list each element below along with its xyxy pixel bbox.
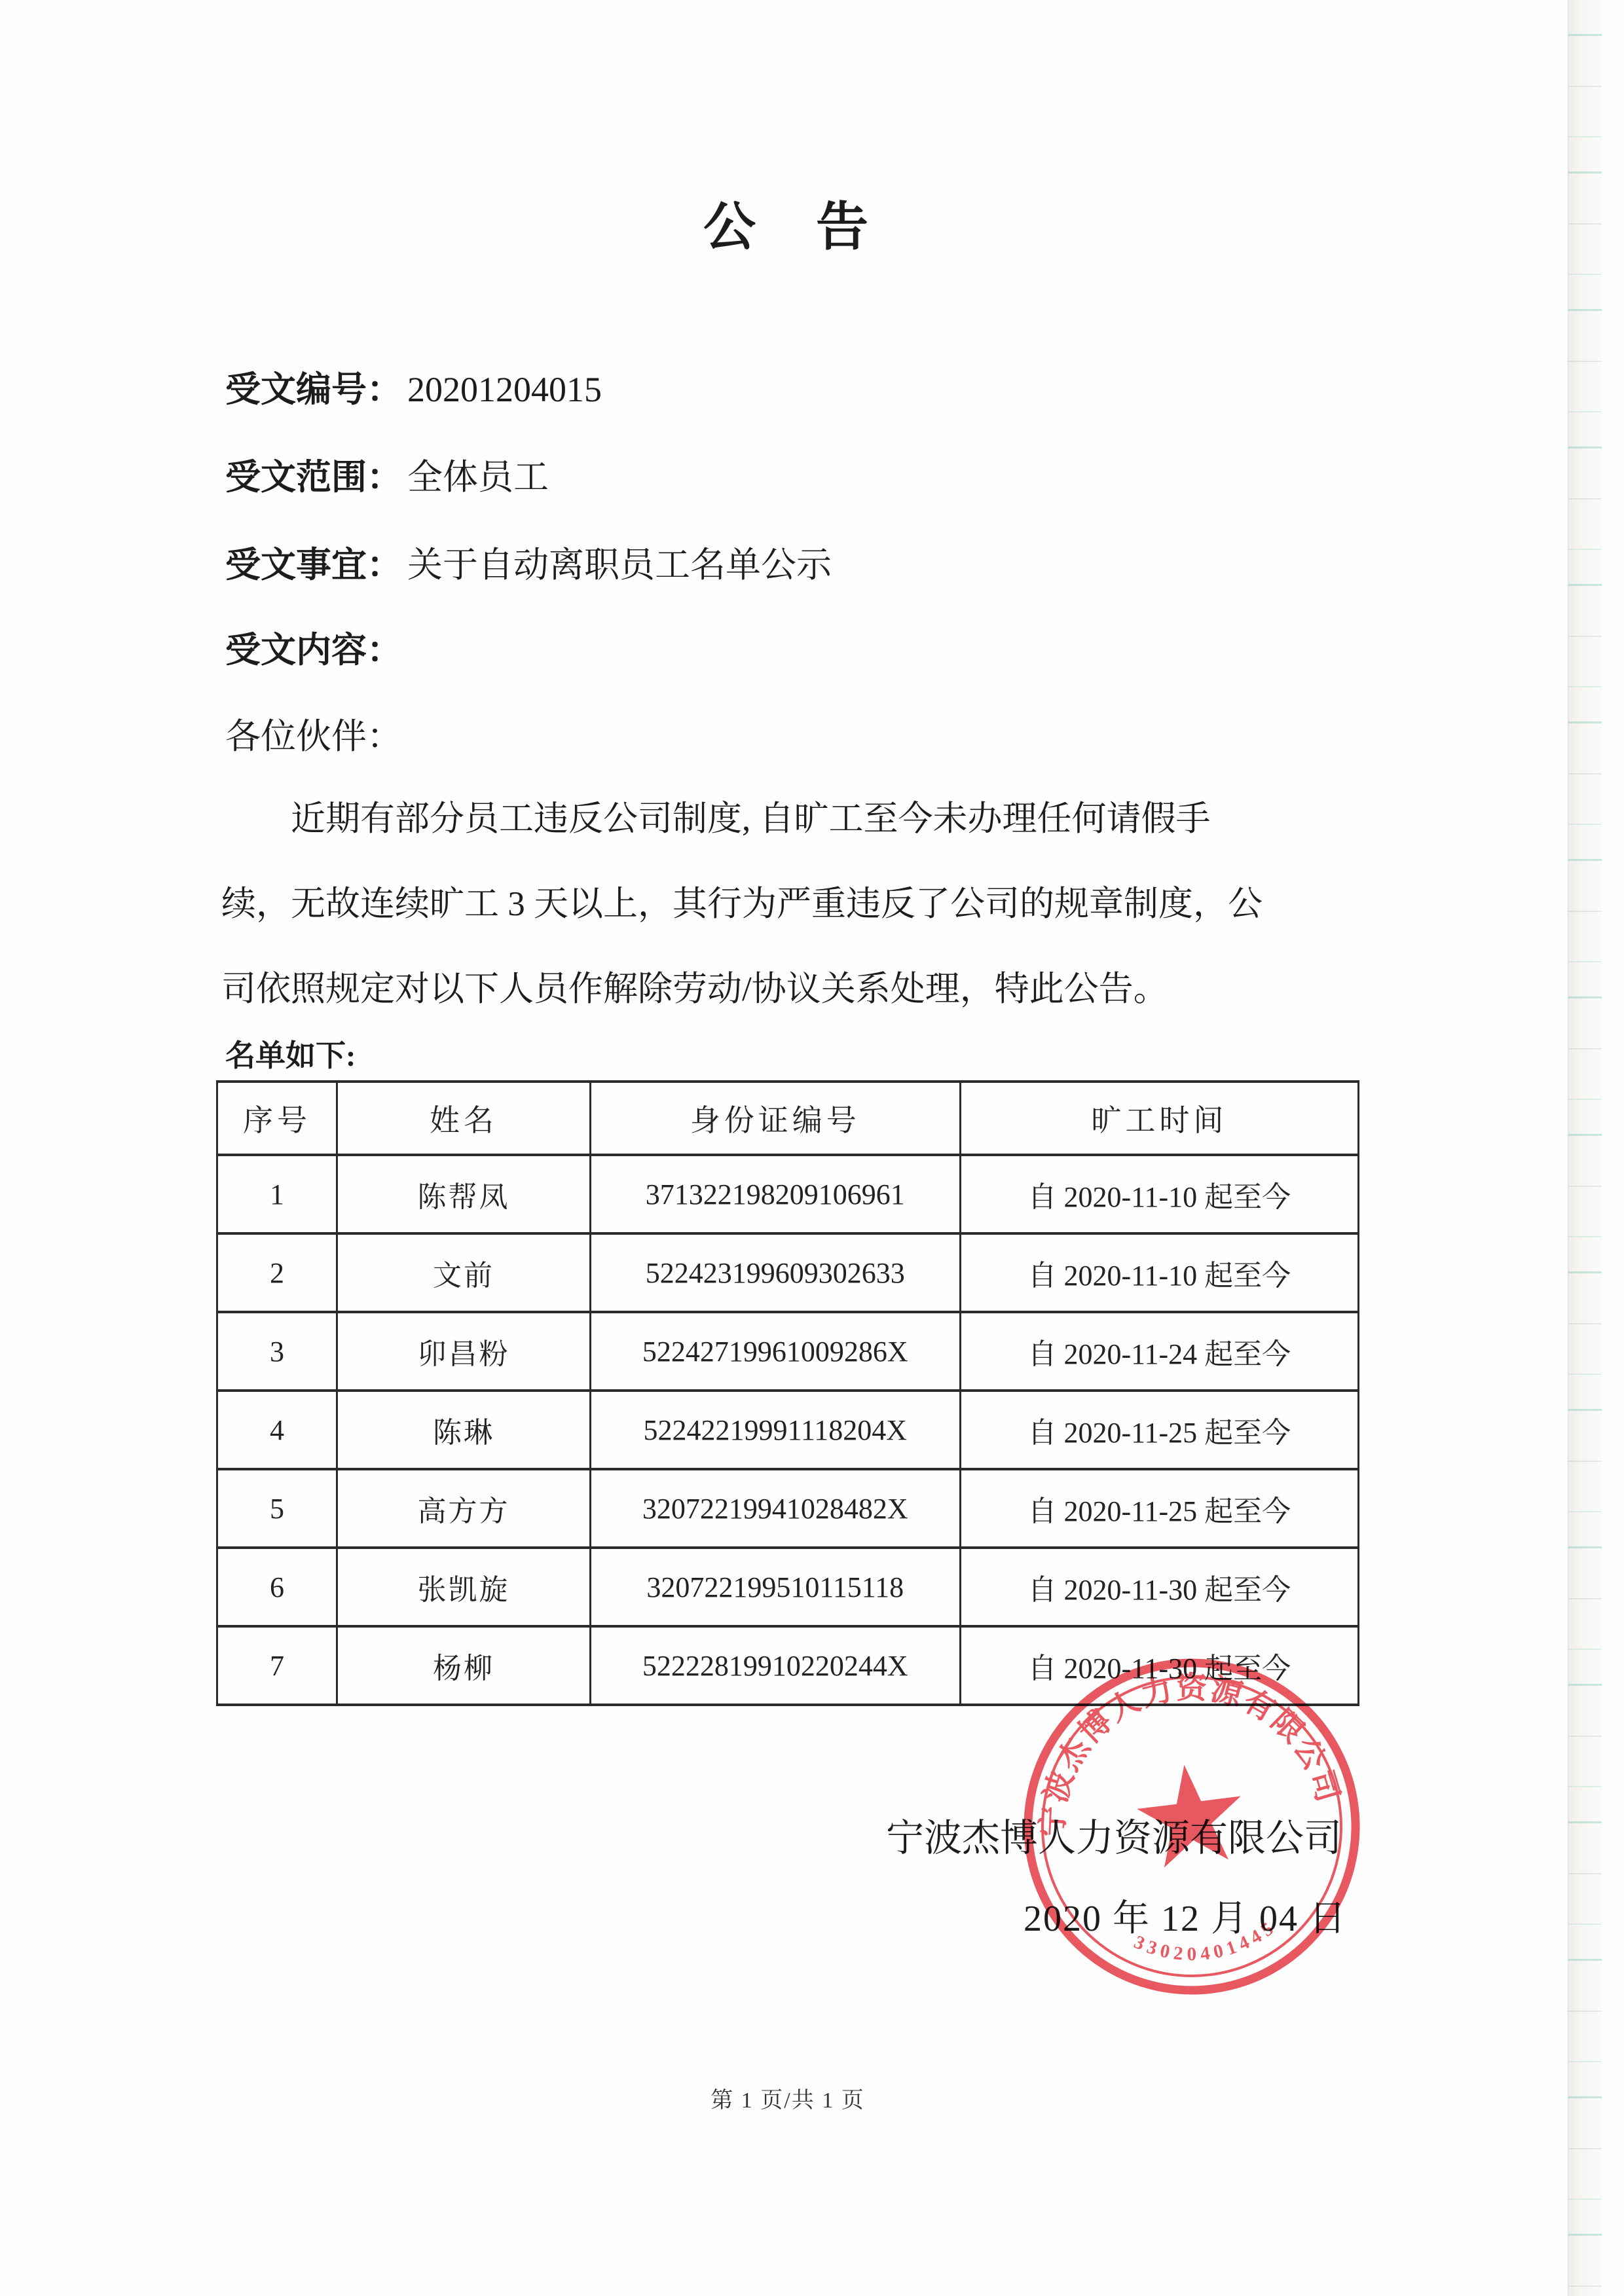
header-cell-name: 姓名	[337, 1082, 591, 1155]
cell-name: 文前	[337, 1233, 591, 1312]
page-footer: 第 1 页/共 1 页	[216, 2082, 1359, 2114]
document-title: 公 告	[216, 185, 1359, 260]
cell-index: 2	[217, 1233, 337, 1312]
cell-absence: 自 2020-11-10 起至今	[960, 1233, 1358, 1312]
header-cell-index: 序号	[217, 1082, 337, 1155]
meta-label: 受文范围：	[225, 458, 402, 497]
meta-label: 受文事宜：	[225, 545, 402, 585]
cell-id: 52242219991118204X	[590, 1391, 960, 1469]
cell-absence: 自 2020-11-25 起至今	[960, 1469, 1358, 1548]
cell-id: 52242719961009286X	[590, 1312, 960, 1391]
table-row: 1 陈帮凤 371322198209106961 自 2020-11-10 起至…	[217, 1155, 1359, 1233]
table-row: 2 文前 522423199609302633 自 2020-11-10 起至今	[217, 1233, 1359, 1312]
cell-index: 4	[217, 1391, 337, 1469]
cell-index: 1	[217, 1155, 337, 1233]
company-seal: 宁波杰博人力资源有限公司 33020401445	[1007, 1642, 1376, 2011]
cell-absence: 自 2020-11-24 起至今	[960, 1312, 1358, 1391]
cell-absence: 自 2020-11-25 起至今	[960, 1391, 1358, 1469]
meta-value: 关于自动离职员工名单公示	[402, 545, 832, 585]
meta-row-content: 受文内容：	[225, 622, 407, 672]
cell-name: 陈帮凤	[337, 1155, 591, 1233]
cell-id: 522423199609302633	[590, 1233, 960, 1312]
cell-name: 高方方	[337, 1469, 591, 1548]
meta-value: 20201204015	[402, 370, 602, 409]
list-intro: 名单如下:	[225, 1032, 356, 1075]
table-header-row: 序号 姓名 身份证编号 旷工时间	[217, 1082, 1359, 1155]
cell-id: 320722199510115118	[590, 1548, 960, 1626]
cell-absence: 自 2020-11-10 起至今	[960, 1155, 1358, 1233]
seal-star-icon	[1132, 1758, 1248, 1870]
cell-id: 52222819910220244X	[590, 1626, 960, 1705]
meta-row-subject: 受文事宜：关于自动离职员工名单公示	[225, 537, 832, 587]
meta-value: 全体员工	[402, 458, 549, 497]
scan-edge-artifact	[1568, 0, 1602, 2296]
cell-id: 371322198209106961	[590, 1155, 960, 1233]
table-row: 4 陈琳 52242219991118204X 自 2020-11-25 起至今	[217, 1391, 1359, 1469]
cell-name: 陈琳	[337, 1391, 591, 1469]
cell-name: 卯昌粉	[337, 1312, 591, 1391]
cell-index: 7	[217, 1626, 337, 1705]
meta-value	[402, 630, 407, 670]
cell-name: 杨柳	[337, 1626, 591, 1705]
cell-index: 5	[217, 1469, 337, 1548]
announcement-document: 公 告 受文编号：20201204015 受文范围：全体员工 受文事宜：关于自动…	[0, 0, 1624, 2296]
body-line: 续，无故连续旷工 3 天以上，其行为严重违反了公司的规章制度，公	[221, 876, 1374, 926]
table-row: 3 卯昌粉 52242719961009286X 自 2020-11-24 起至…	[217, 1312, 1359, 1391]
meta-row-scope: 受文范围：全体员工	[225, 449, 549, 500]
header-cell-id: 身份证编号	[590, 1082, 960, 1155]
cell-id: 32072219941028482X	[590, 1469, 960, 1548]
meta-row-doc-number: 受文编号：20201204015	[225, 361, 602, 412]
cell-index: 6	[217, 1548, 337, 1626]
header-cell-absence: 旷工时间	[960, 1082, 1358, 1155]
table-row: 5 高方方 32072219941028482X 自 2020-11-25 起至…	[217, 1469, 1359, 1548]
body-line: 近期有部分员工违反公司制度, 自旷工至今未办理任何请假手	[221, 791, 1374, 841]
roster-table: 序号 姓名 身份证编号 旷工时间 1 陈帮凤 37132219820910696…	[216, 1080, 1359, 1706]
cell-index: 3	[217, 1312, 337, 1391]
meta-label: 受文编号：	[225, 370, 402, 409]
body-line: 司依照规定对以下人员作解除劳动/协议关系处理，特此公告。	[221, 961, 1374, 1011]
meta-label: 受文内容：	[225, 630, 402, 670]
table-row: 6 张凯旋 320722199510115118 自 2020-11-30 起至…	[217, 1548, 1359, 1626]
seal-number-text: 33020401445	[1129, 1914, 1284, 1973]
cell-absence: 自 2020-11-30 起至今	[960, 1548, 1358, 1626]
salutation: 各位伙伴：	[225, 708, 402, 759]
cell-name: 张凯旋	[337, 1548, 591, 1626]
